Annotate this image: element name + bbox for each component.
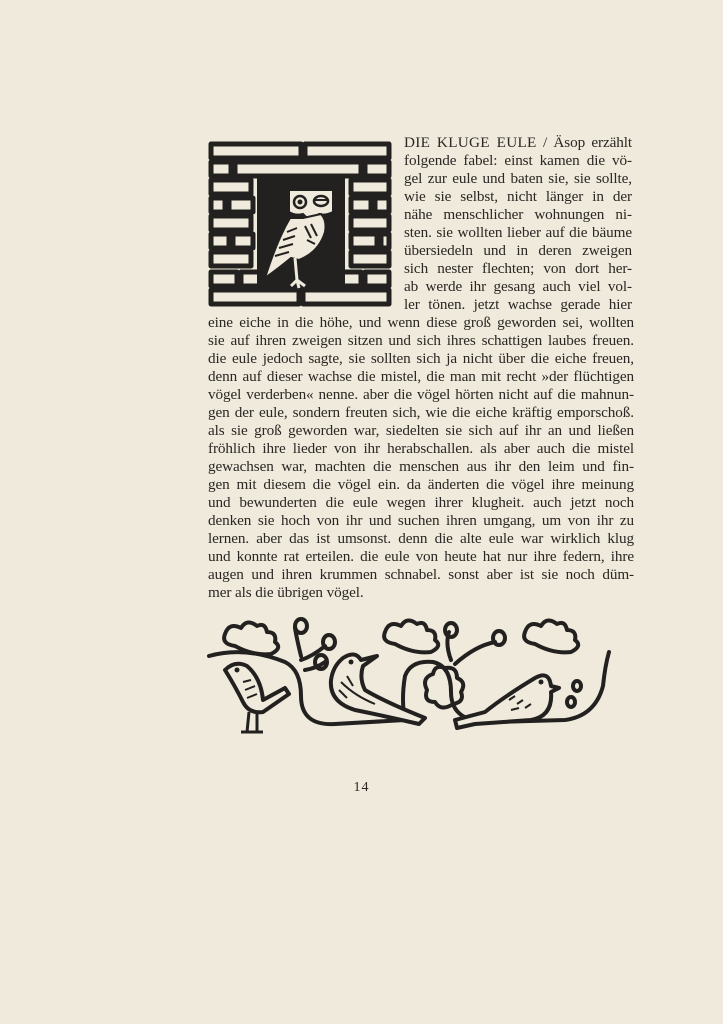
text-line: gen der eule, sondern freuten sich, wie …: [208, 404, 634, 422]
text-line: gel zur eule und baten sie, sie sollte,: [404, 170, 632, 188]
text-line: gewachsen war, machten die menschen aus …: [208, 458, 634, 476]
text-line: die eule jedoch sagte, sie sollten sich …: [208, 350, 634, 368]
text-line: als sie groß geworden war, siedelten sie…: [208, 422, 634, 440]
text-line: denn auf dieser wachse die mistel, die m…: [208, 368, 634, 386]
text-line: denken sie hoch von ihr und suchen ihren…: [208, 512, 634, 530]
book-page: DIE KLUGE EULE / Äsop erzählt folgende f…: [0, 0, 723, 1024]
owl-in-window-icon: [207, 140, 393, 308]
text-line: augen und ihren krummen schnabel. sonst …: [208, 566, 634, 584]
text-line: sie auf ihren zweigen sitzen und sich ih…: [208, 332, 634, 350]
story-title: DIE KLUGE EULE: [404, 134, 537, 151]
text-line: und bewunderten die eule wegen ihrer klu…: [208, 494, 634, 512]
text-line: folgende fabel: einst kamen die vö-: [404, 152, 632, 170]
text-line: sich nester flechten; von dort her-: [404, 260, 632, 278]
text-line: vögel verderben« nenne. aber die vögel h…: [208, 386, 634, 404]
text-line: übersiedeln und in deren zweigen: [404, 242, 632, 260]
page-number: 14: [0, 780, 723, 796]
text-line: ab werde ihr gesang auch viel vol-: [404, 278, 632, 296]
birds-and-oak-ornament-icon: [205, 616, 617, 740]
text-line: fröhlich ihre lieder von ihr herabschall…: [208, 440, 634, 458]
owl-woodcut-illustration: [207, 140, 393, 308]
text-line: lernen. aber das ist umsonst. denn die a…: [208, 530, 634, 548]
text-line-1: DIE KLUGE EULE / Äsop erzählt: [404, 134, 632, 152]
title-separator: /: [537, 134, 554, 151]
text-line: gen mit diesem die vögel ein. da änderte…: [208, 476, 634, 494]
birds-oak-branch-woodcut: [205, 616, 617, 740]
text-line: eine eiche in die höhe, und wenn diese g…: [208, 314, 634, 332]
text-line-last: mer als die übrigen vögel.: [208, 584, 634, 602]
text-line: ler tönen. jetzt wachse gerade hier: [404, 296, 632, 314]
text-line: und konnte rat erteilen. die eule von he…: [208, 548, 634, 566]
text-line: sten. sie wollten lieber auf die bäume: [404, 224, 632, 242]
text-line: nähe menschlicher wohnungen ni-: [404, 206, 632, 224]
text-line: wie sie selbst, nicht länger in der: [404, 188, 632, 206]
